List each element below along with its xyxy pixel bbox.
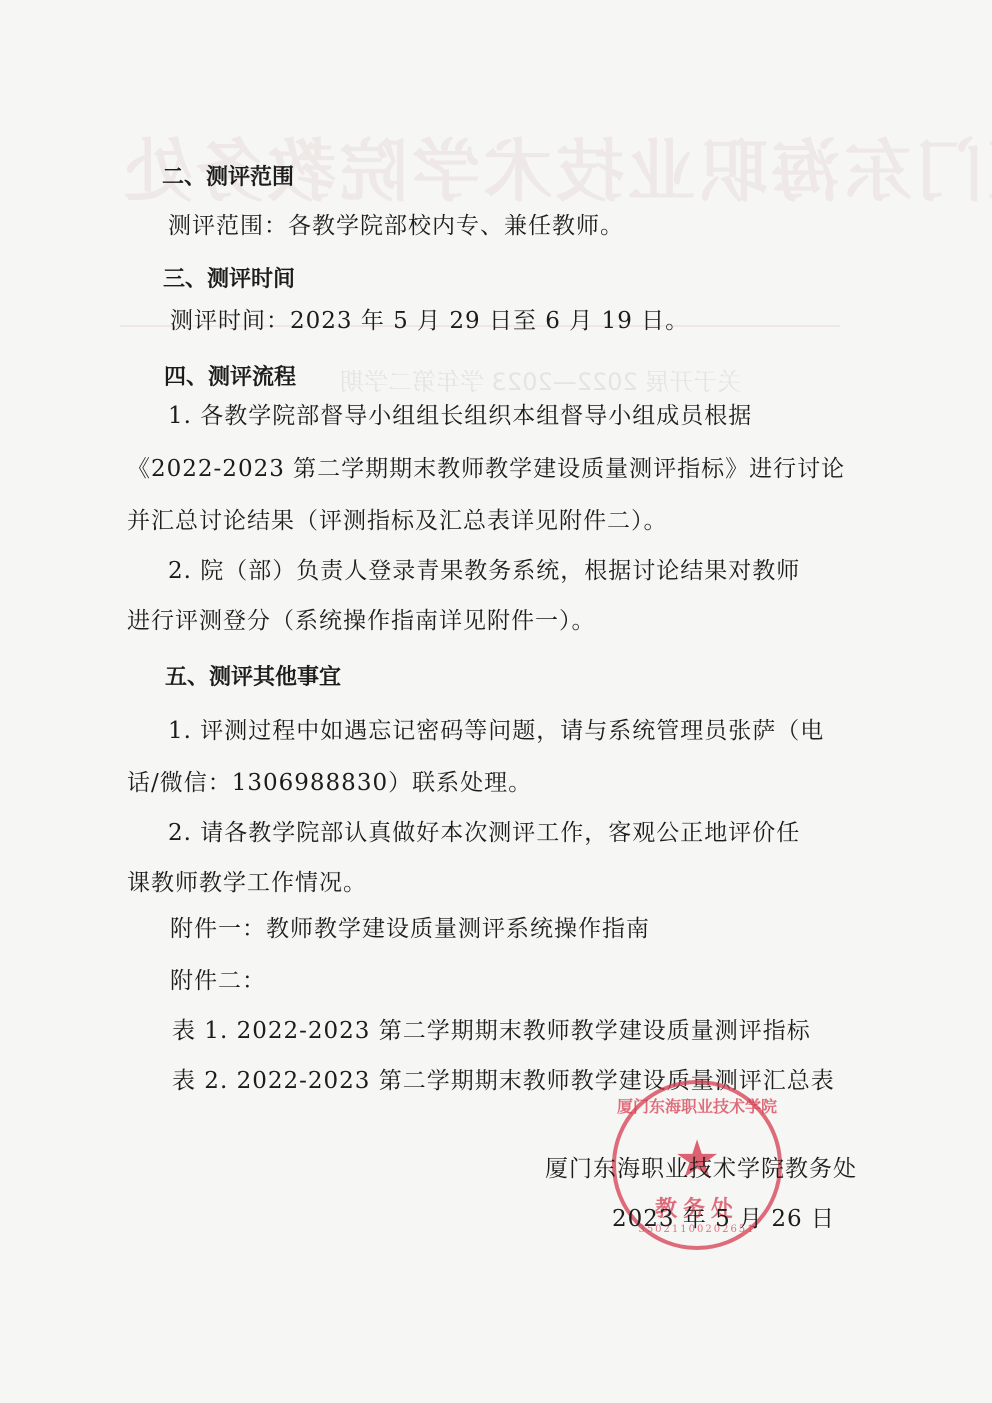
bleed-through-subtitle: 关于开展 2022—2023 学年第二学期 — [340, 362, 741, 397]
scope-text: 测评范围：各教学院部校内专、兼任教师。 — [168, 207, 624, 240]
attachment-one: 附件一：教师教学建设质量测评系统操作指南 — [170, 910, 650, 943]
heading-process: 四、测评流程 — [164, 360, 296, 391]
other-line: 课教师教学工作情况。 — [127, 864, 367, 897]
heading-time: 三、测评时间 — [163, 262, 295, 293]
process-line: 《2022-2023 第二学期期末教师教学建设质量测评指标》进行讨论 — [127, 450, 845, 483]
other-line: 2. 请各教学院部认真做好本次测评工作，客观公正地评价任 — [168, 814, 800, 847]
signature-date: 2023 年 5 月 26 日 — [612, 1200, 835, 1233]
attachment-table-1: 表 1. 2022-2023 第二学期期末教师教学建设质量测评指标 — [172, 1012, 811, 1045]
heading-scope: 二、测评范围 — [162, 160, 294, 191]
document-page: 厦门东海职业技术学院教务处 关于开展 2022—2023 学年第二学期 二、测评… — [0, 0, 992, 1403]
heading-other: 五、测评其他事宜 — [165, 660, 341, 691]
process-line: 进行评测登分（系统操作指南详见附件一）。 — [127, 602, 596, 635]
time-text: 测评时间：2023 年 5 月 29 日至 6 月 19 日。 — [170, 302, 689, 335]
process-line: 2. 院（部）负责人登录青果教务系统，根据讨论结果对教师 — [168, 552, 800, 585]
seal-ring-text: 厦门东海职业技术学院 — [616, 1094, 778, 1117]
other-line: 1. 评测过程中如遇忘记密码等问题，请与系统管理员张萨（电 — [168, 712, 824, 745]
signature-org: 厦门东海职业技术学院教务处 — [545, 1150, 857, 1183]
other-line: 话/微信：1306988830）联系处理。 — [127, 764, 532, 797]
process-line: 并汇总讨论结果（评测指标及汇总表详见附件二）。 — [127, 502, 668, 535]
process-line: 1. 各教学院部督导小组组长组织本组督导小组成员根据 — [168, 397, 752, 430]
attachment-two: 附件二： — [170, 962, 266, 995]
